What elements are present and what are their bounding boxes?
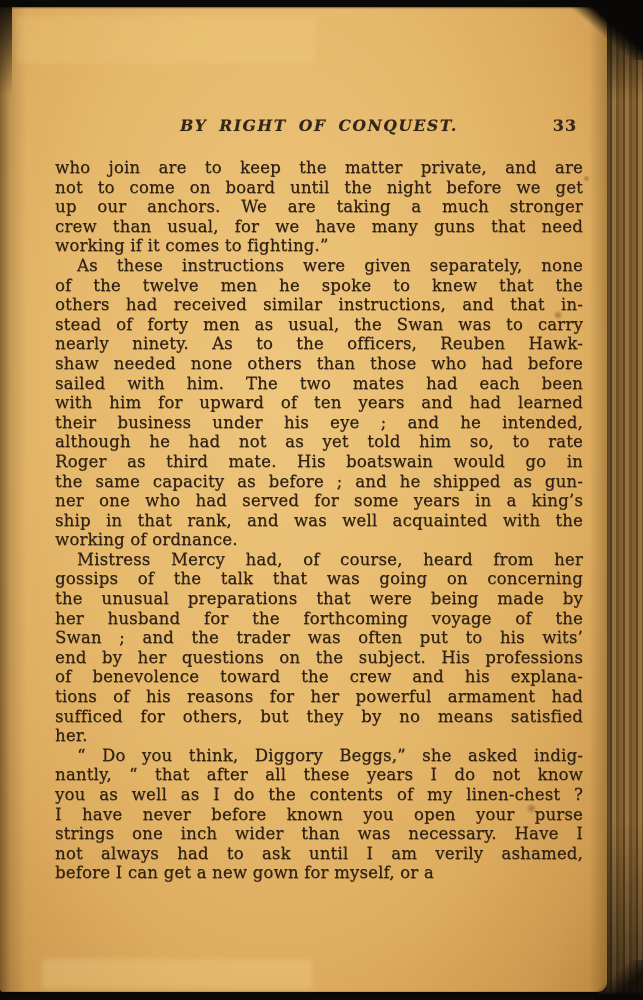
paragraph: Mistress Mercy had, of course, heard fro…	[55, 550, 583, 746]
text-line: end by her questions on the subject. His…	[55, 648, 583, 668]
book-page: BY RIGHT OF CONQUEST. 33 who join are to…	[0, 7, 607, 992]
text-line: crew than usual, for we have many guns t…	[55, 217, 583, 237]
text-line: not to come on board until the night bef…	[55, 178, 583, 198]
scan-light-artifact	[16, 16, 316, 64]
text-line: I have never before known you open your …	[55, 805, 583, 825]
text-line: before I can get a new gown for myself, …	[55, 863, 583, 883]
text-line: their business under his eye ; and he in…	[55, 413, 583, 433]
text-line: tions of his reasons for her powerful ar…	[55, 687, 583, 707]
photo-corner-top-right	[558, 0, 643, 60]
text-line: Roger as third mate. His boatswain would…	[55, 452, 583, 472]
paper-speck	[583, 175, 590, 182]
text-line: Mistress Mercy had, of course, heard fro…	[55, 550, 583, 570]
text-line: the unusual preparations that were being…	[55, 589, 583, 609]
text-line: ship in that rank, and was well acquaint…	[55, 511, 583, 531]
text-line: As these instructions were given separat…	[55, 256, 583, 276]
scan-light-artifact	[42, 959, 312, 989]
text-line: strings one inch wider than was necessar…	[55, 824, 583, 844]
running-title: BY RIGHT OF CONQUEST.	[55, 116, 583, 135]
text-line: who join are to keep the matter private,…	[55, 158, 583, 178]
text-line: shaw needed none others than those who h…	[55, 354, 583, 374]
text-line: ner one who had served for some years in…	[55, 491, 583, 511]
text-line: her husband for the forthcoming voyage o…	[55, 609, 583, 629]
text-line: the same capacity as before ; and he shi…	[55, 472, 583, 492]
text-line: sufficed for others, but they by no mean…	[55, 707, 583, 727]
text-line: stead of forty men as usual, the Swan wa…	[55, 315, 583, 335]
page-number: 33	[553, 116, 577, 135]
text-line: working if it comes to fighting.”	[55, 236, 583, 256]
paragraph: “ Do you think, Diggory Beggs,” she aske…	[55, 746, 583, 883]
text-line: “ Do you think, Diggory Beggs,” she aske…	[55, 746, 583, 766]
photo-edge-top	[0, 0, 643, 9]
text-line: nantly, “ that after all these years I d…	[55, 765, 583, 785]
book-scan-photo: BY RIGHT OF CONQUEST. 33 who join are to…	[0, 0, 643, 1000]
text-line: you as well as I do the contents of my l…	[55, 785, 583, 805]
text-line: Swan ; and the trader was often put to h…	[55, 628, 583, 648]
text-line: of benevolence toward the crew and his e…	[55, 667, 583, 687]
page-text: who join are to keep the matter private,…	[55, 158, 583, 883]
text-line: not always had to ask until I am verily …	[55, 844, 583, 864]
page-header: BY RIGHT OF CONQUEST. 33	[55, 116, 583, 138]
text-line: with him for upward of ten years and had…	[55, 393, 583, 413]
paragraph: As these instructions were given separat…	[55, 256, 583, 550]
text-line: nearly ninety. As to the officers, Reube…	[55, 334, 583, 354]
text-line: of the twelve men he spoke to knew that …	[55, 276, 583, 296]
text-line: although he had not as yet told him so, …	[55, 432, 583, 452]
text-line: others had received similar instructions…	[55, 295, 583, 315]
photo-edge-bottom	[0, 991, 643, 1000]
photo-corner-bottom-right	[583, 960, 643, 1000]
text-line: gossips of the talk that was going on co…	[55, 569, 583, 589]
text-line: sailed with him. The two mates had each …	[55, 374, 583, 394]
text-line: up our anchors. We are taking a much str…	[55, 197, 583, 217]
photo-corner-top-left	[0, 0, 12, 95]
text-line: working of ordnance.	[55, 530, 583, 550]
text-line: her.	[55, 726, 583, 746]
paragraph: who join are to keep the matter private,…	[55, 158, 583, 256]
